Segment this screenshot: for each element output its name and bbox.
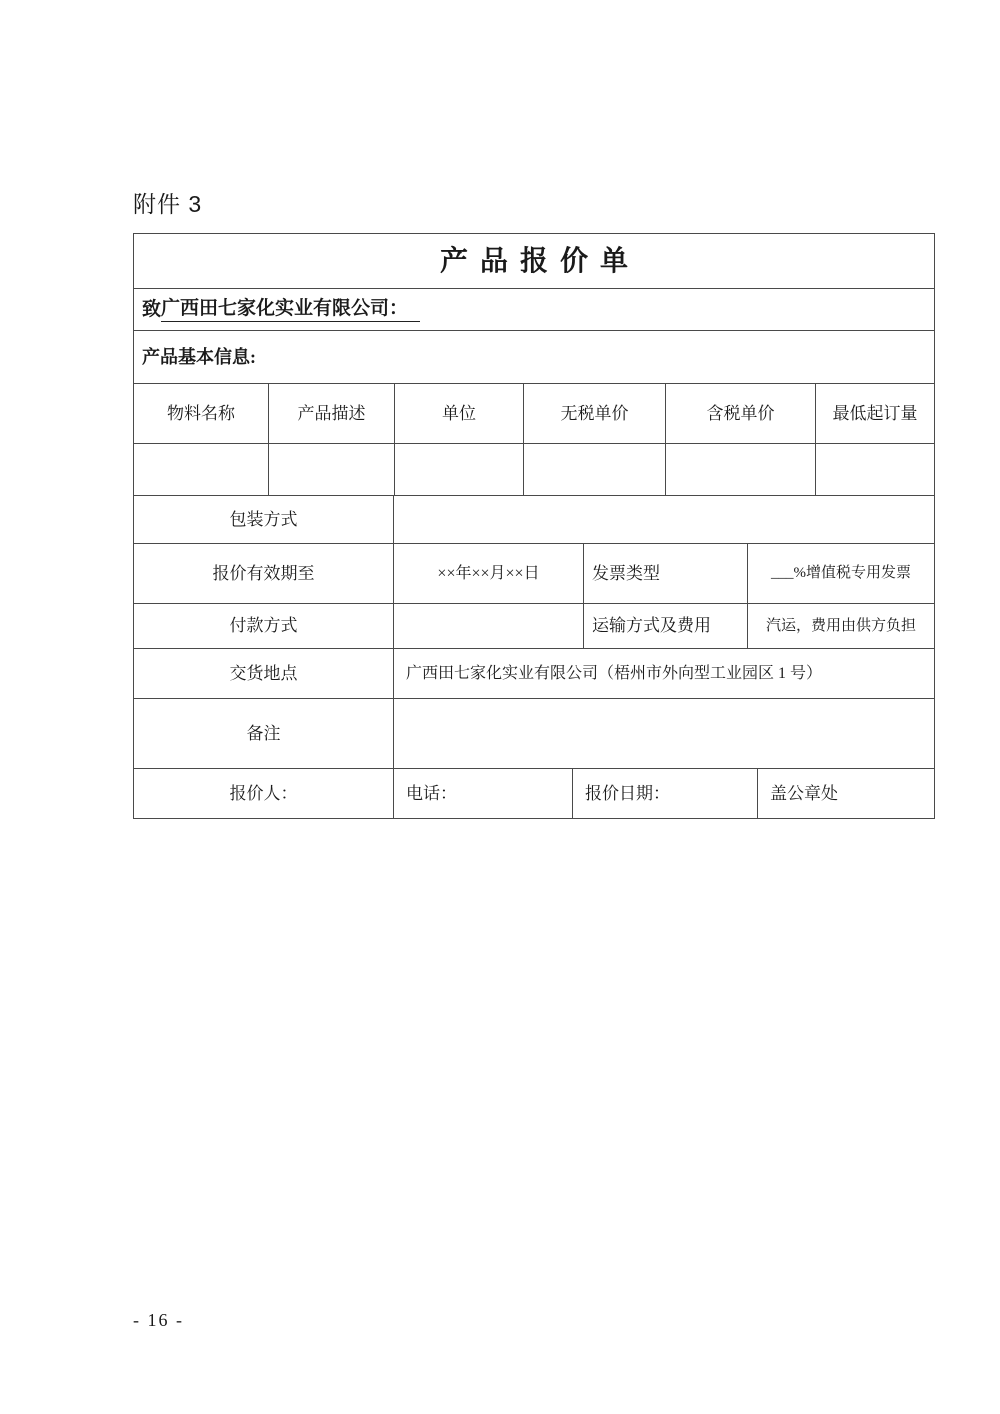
payment-shipping-row: 付款方式 运输方式及费用 汽运，费用由供方负担 (134, 604, 934, 649)
packaging-row: 包装方式 (134, 496, 934, 544)
form-title: 产品报价单 (134, 234, 934, 288)
section-label: 产品基本信息: (134, 331, 934, 383)
remark-label: 备注 (134, 699, 394, 768)
cell-price-excl-tax (524, 444, 666, 495)
invoice-type-value: ___%增值税专用发票 (748, 544, 934, 603)
product-header-row: 物料名称 产品描述 单位 无税单价 含税单价 最低起订量 (134, 384, 934, 444)
payment-label: 付款方式 (134, 604, 394, 648)
packaging-label: 包装方式 (134, 496, 394, 543)
payment-value (394, 604, 584, 648)
quote-date-label: 报价日期： (573, 769, 758, 818)
cell-min-order-qty (816, 444, 934, 495)
header-price-incl-tax: 含税单价 (666, 384, 816, 443)
addressee-row: 致广西田七家化实业有限公司： (134, 289, 934, 331)
validity-label: 报价有效期至 (134, 544, 394, 603)
delivery-row: 交货地点 广西田七家化实业有限公司（梧州市外向型工业园区 1 号） (134, 649, 934, 699)
addressee-prefix: 致 (142, 298, 161, 322)
attachment-label: 附件 3 (133, 186, 202, 219)
shipping-value: 汽运，费用由供方负担 (748, 604, 934, 648)
header-product-description: 产品描述 (269, 384, 395, 443)
packaging-value (394, 496, 934, 543)
cell-product-description (269, 444, 395, 495)
validity-value: ××年××月××日 (394, 544, 584, 603)
addressee-name: 广西田七家化实业有限公司： (161, 297, 420, 323)
product-data-row (134, 444, 934, 496)
delivery-label: 交货地点 (134, 649, 394, 698)
header-unit: 单位 (395, 384, 524, 443)
validity-invoice-row: 报价有效期至 ××年××月××日 发票类型 ___%增值税专用发票 (134, 544, 934, 604)
header-min-order-qty: 最低起订量 (816, 384, 934, 443)
invoice-type-label: 发票类型 (584, 544, 748, 603)
section-row: 产品基本信息: (134, 331, 934, 384)
seal-label: 盖公章处 (758, 769, 934, 818)
quoter-label: 报价人： (134, 769, 394, 818)
phone-label: 电话： (394, 769, 573, 818)
cell-unit (395, 444, 524, 495)
shipping-label: 运输方式及费用 (584, 604, 748, 648)
remark-value (394, 699, 934, 768)
delivery-value: 广西田七家化实业有限公司（梧州市外向型工业园区 1 号） (394, 649, 934, 698)
signature-row: 报价人： 电话： 报价日期： 盖公章处 (134, 769, 934, 818)
page-number: - 16 - (133, 1310, 184, 1331)
addressee-line: 致广西田七家化实业有限公司： (134, 289, 934, 330)
title-row: 产品报价单 (134, 234, 934, 289)
quotation-form-table: 产品报价单 致广西田七家化实业有限公司： 产品基本信息: 物料名称 产品描述 单… (133, 233, 935, 819)
cell-material-name (134, 444, 269, 495)
remark-row: 备注 (134, 699, 934, 769)
cell-price-incl-tax (666, 444, 816, 495)
header-material-name: 物料名称 (134, 384, 269, 443)
document-page: 附件 3 产品报价单 致广西田七家化实业有限公司： 产品基本信息: 物料名称 产… (0, 0, 1000, 1414)
header-price-excl-tax: 无税单价 (524, 384, 666, 443)
